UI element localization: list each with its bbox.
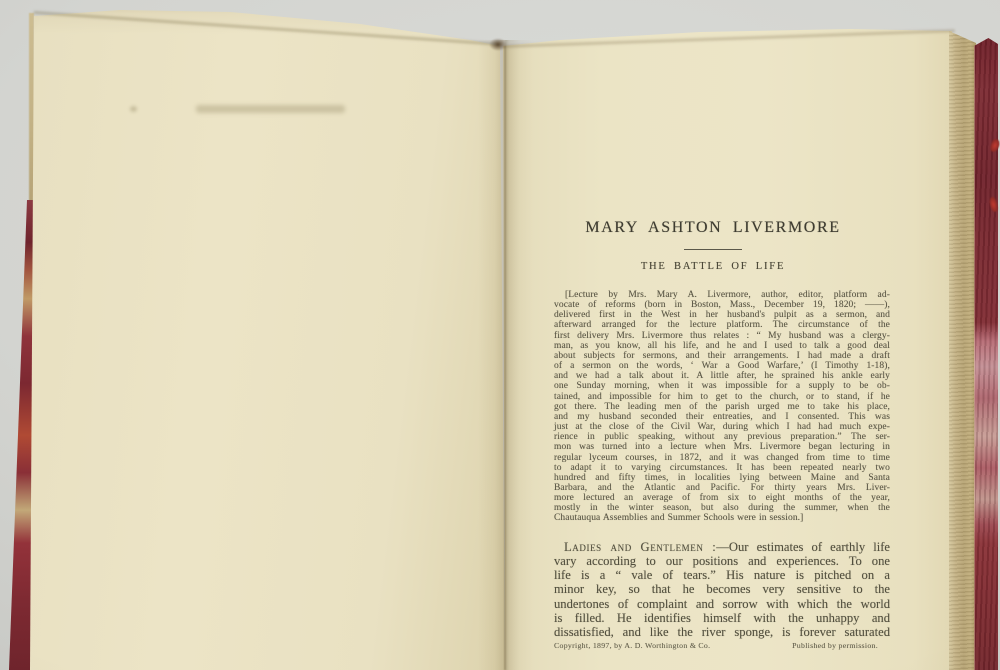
body-line: minor key, so that he becomes very sensi… — [554, 582, 890, 596]
intro-line: more lectured an average of from six to … — [554, 493, 890, 503]
intro-line: and my husband seconded their entreaties… — [554, 412, 890, 422]
lecture-title: THE BATTLE OF LIFE — [545, 261, 881, 272]
body-line: is filled. He identifies himself with th… — [554, 611, 890, 625]
intro-line: Barbara, and the Atlantic and Pacific. F… — [554, 483, 890, 493]
body-line: life is a “ vale of tears.” His nature i… — [554, 568, 890, 582]
intro-line: of a sermon on the words, ‘ War a Good W… — [554, 361, 890, 371]
intro-line: just at the close of the Civil War, duri… — [554, 422, 890, 432]
right-cover-edge — [974, 38, 998, 670]
body-line: dissatisfied, and like the river sponge,… — [554, 625, 890, 639]
intro-line: vocate of reforms (born in Boston, Mass.… — [554, 300, 890, 310]
intro-line: and we had a talk about it. A little aft… — [554, 371, 890, 381]
copyright-line: Copyright, 1897, by A. D. Worthington & … — [554, 641, 878, 650]
body-line: undertones of complaint and sorrow with … — [554, 597, 890, 611]
title-divider-rule — [684, 249, 742, 250]
chapter-author-title: MARY ASHTON LIVERMORE — [545, 219, 881, 237]
intro-line: about subjects for sermons, and their ar… — [554, 351, 890, 361]
intro-line: Chautauqua Assemblies and Summer Schools… — [554, 513, 890, 523]
body-line-text: —Our estimates of earthly life — [716, 540, 890, 554]
intro-line: rience in public speaking, without any p… — [554, 432, 890, 442]
intro-line: first delivery Mrs. Livermore thus relat… — [554, 331, 890, 341]
intro-line: delivered first in the West in her husba… — [554, 310, 890, 320]
intro-line: tained, and impossible for him to get to… — [554, 392, 890, 402]
intro-line: man, as you know, all his life, and he a… — [554, 341, 890, 351]
left-page-blank — [0, 0, 510, 670]
intro-line: to adapt it to varying circumstances. It… — [554, 463, 890, 473]
salutation: Ladies and Gentlemen : — [564, 540, 716, 554]
copyright-text: Copyright, 1897, by A. D. Worthington & … — [554, 641, 710, 650]
open-book-photo: MARY ASHTON LIVERMORE THE BATTLE OF LIFE… — [0, 0, 1000, 670]
show-through-mark — [130, 106, 137, 112]
intro-line: mostly in the winter season, but also du… — [554, 503, 890, 513]
intro-line: got there. The leading men of the parish… — [554, 402, 890, 412]
intro-line: regular lyceum courses, in 1872, and it … — [554, 453, 890, 463]
body-line: Ladies and Gentlemen :—Our estimates of … — [554, 540, 890, 554]
gutter-crease — [504, 46, 506, 670]
intro-line: [Lecture by Mrs. Mary A. Livermore, auth… — [554, 290, 890, 300]
intro-line: hundred and fifty times, in localities l… — [554, 473, 890, 483]
lecture-introduction: [Lecture by Mrs. Mary A. Livermore, auth… — [554, 290, 890, 524]
intro-line: one Sunday morning, when it was impossib… — [554, 381, 890, 391]
permission-text: Published by permission. — [792, 641, 878, 650]
intro-line: afterward arranged for the lecture platf… — [554, 320, 890, 330]
printed-page-content: MARY ASHTON LIVERMORE THE BATTLE OF LIFE… — [554, 219, 890, 650]
page-stack-edge — [949, 27, 976, 670]
intro-line: mon was turned into a lecture when Mrs. … — [554, 442, 890, 452]
lecture-body: Ladies and Gentlemen :—Our estimates of … — [554, 540, 890, 640]
show-through-text — [196, 105, 345, 113]
body-line: vary according to our positions and expe… — [554, 554, 890, 568]
